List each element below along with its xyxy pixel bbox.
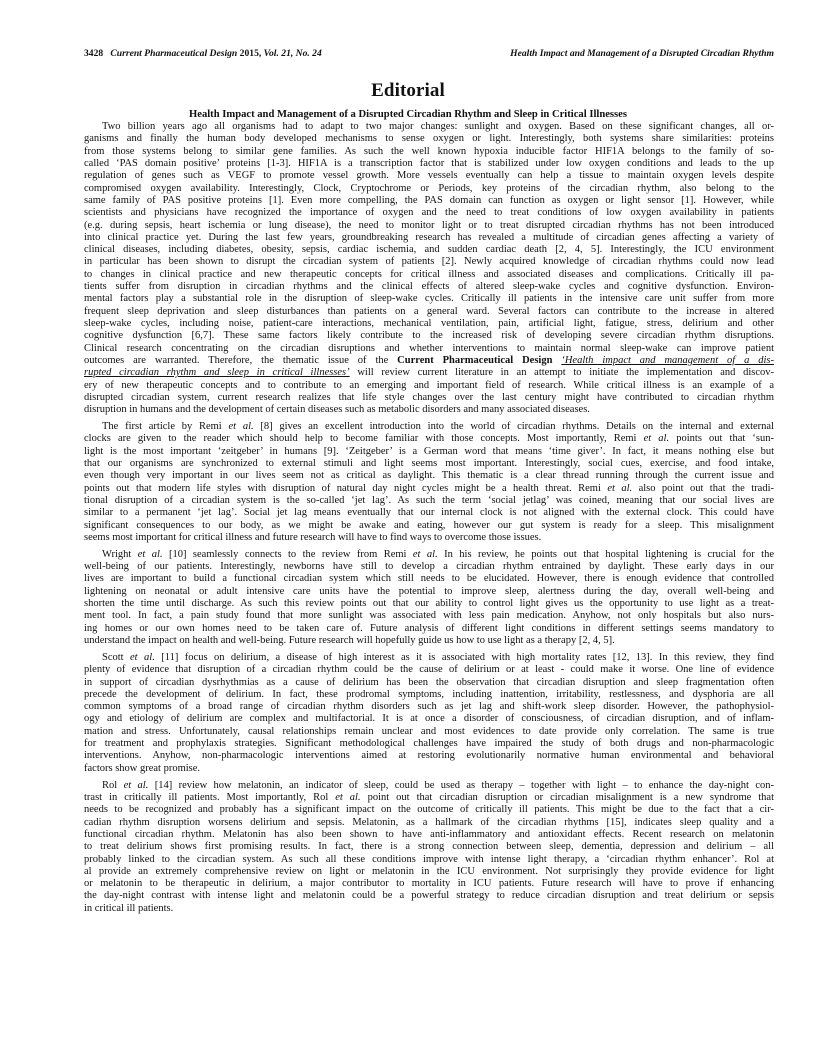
journal-year: 2015, (240, 48, 262, 59)
page-number: 3428 (84, 48, 103, 59)
text-line: Clinical research concentrating on the c… (84, 343, 774, 355)
paragraph: The first article by Remi et al. [8] giv… (84, 421, 774, 544)
running-header: 3428 Current Pharmaceutical Design 2015,… (84, 48, 774, 62)
text-line: that our organisms are synchronized to e… (84, 458, 774, 470)
text-line: in support of circadian dysrhythmias as … (84, 677, 774, 689)
text-line: sleep-wake cycles, including noise, pati… (84, 318, 774, 330)
text-line: points out that modern life styles with … (84, 483, 774, 495)
text-line: from those systems belong to similar gen… (84, 146, 774, 158)
text-line: Rol et al. [14] review how melatonin, an… (84, 780, 774, 792)
paragraph: Two billion years ago all organisms had … (84, 121, 774, 417)
text-line: mation and stress. Unfortunately, causal… (84, 726, 774, 738)
text-line: Wright et al. [10] seamlessly connects t… (84, 549, 774, 561)
et-al-italic: et al. (138, 549, 163, 560)
text-line: clocks are given to the reader which sho… (84, 433, 774, 445)
text-line: even though very important in our lives … (84, 470, 774, 482)
text-line: Two billion years ago all organisms had … (84, 121, 774, 133)
text-line: al provide an extremely comprehensive re… (84, 866, 774, 878)
et-al-italic: et al. (644, 433, 670, 444)
text-line: precede the development of delirium. In … (84, 689, 774, 701)
text-line: needs to be recognized and probably has … (84, 804, 774, 816)
text-line: The first article by Remi et al. [8] giv… (84, 421, 774, 433)
text-line: to treat delirium shows first promising … (84, 841, 774, 853)
running-title: Health Impact and Management of a Disrup… (510, 48, 774, 59)
text-line: similar to a permanent ‘jet lag’. Social… (84, 507, 774, 519)
text-line: outcomes are warranted. Therefore, the t… (84, 355, 774, 367)
et-al-italic: et al. (413, 549, 438, 560)
et-al-italic: et al. (228, 421, 253, 432)
text-line: disruption in humans and the development… (84, 404, 774, 416)
text-line: mental factors play a substantial role i… (84, 293, 774, 305)
text-line: regulation of genes such as VEGF to prom… (84, 170, 774, 182)
text-line: cadian rhythm disruption worsens deliriu… (84, 817, 774, 829)
text-line: Scott et al. [11] focus on delirium, a d… (84, 652, 774, 664)
text-line: same family of PAS positive proteins [1]… (84, 195, 774, 207)
text-line: clinical diseases, including diabetes, o… (84, 244, 774, 256)
text-line: scientists and physicians have recognize… (84, 207, 774, 219)
text-line: plenty of evidence that disruption of a … (84, 664, 774, 676)
thematic-issue-link[interactable]: rupted circadian rhythm and sleep in cri… (84, 367, 350, 378)
text-line: common symptoms of a broad range of circ… (84, 701, 774, 713)
journal-name: Current Pharmaceutical Design (110, 48, 237, 59)
text-line: ment tool. In fact, a pain study found t… (84, 610, 774, 622)
et-al-italic: et al. (130, 652, 155, 663)
header-citation: 3428 Current Pharmaceutical Design 2015,… (84, 48, 322, 59)
text-line: (e.g. during sepsis, heart ischemia or l… (84, 220, 774, 232)
text-line: lives are important to build a functiona… (84, 573, 774, 585)
text-line: to changes in clinical practice and new … (84, 269, 774, 281)
text-line: ing homes or our own homes need to be ta… (84, 623, 774, 635)
paragraph: Rol et al. [14] review how melatonin, an… (84, 780, 774, 915)
text-line: probably linked to the circadian system.… (84, 854, 774, 866)
section-title: Editorial (0, 80, 816, 102)
text-line: in critical ill patients. (84, 903, 774, 915)
text-line: the day-night contrast with intense ligh… (84, 890, 774, 902)
text-line: rupted circadian rhythm and sleep in cri… (84, 367, 774, 379)
paragraph: Scott et al. [11] focus on delirium, a d… (84, 652, 774, 775)
journal-volume: Vol. 21, No. 24 (264, 48, 322, 59)
journal-name-bold: Current Pharmaceutical Design (397, 355, 552, 366)
text-line: disrupted circadian system, current rese… (84, 392, 774, 404)
text-line: lightening on neonatal or adult intensiv… (84, 586, 774, 598)
et-al-italic: et al. (335, 792, 360, 803)
text-line: in particular has been shown to disrupt … (84, 256, 774, 268)
et-al-italic: et al. (124, 780, 149, 791)
text-line: tients suffer from disruption in circadi… (84, 281, 774, 293)
text-line: called ‘PAS domain positive’ proteins [1… (84, 158, 774, 170)
text-line: into clinical practice yet. During the l… (84, 232, 774, 244)
text-line: or melatonin to be therapeutic in deliri… (84, 878, 774, 890)
thematic-issue-link[interactable]: ‘Health impact and management of a dis- (561, 355, 774, 366)
text-line: interventions. Anyhow, non-pharmacologic… (84, 750, 774, 762)
paragraph: Wright et al. [10] seamlessly connects t… (84, 549, 774, 648)
text-line: ogy and etiology of delirium are complex… (84, 713, 774, 725)
text-line: seems most important for critical illnes… (84, 532, 774, 544)
text-line: factors show great promise. (84, 763, 774, 775)
text-line: compromised oxygen availability. Interes… (84, 183, 774, 195)
text-line: ery of new therapeutic concepts and to c… (84, 380, 774, 392)
text-line: ganisms and finally the human body devel… (84, 133, 774, 145)
article-body: Two billion years ago all organisms had … (84, 121, 774, 920)
text-line: shorten the time until discharge. As suc… (84, 598, 774, 610)
text-line: trast in critically ill patients. Most i… (84, 792, 774, 804)
text-line: functional circadian rhythm. Melatonin h… (84, 829, 774, 841)
et-al-italic: et al. (607, 483, 632, 494)
text-line: well-being of our patients. Interestingl… (84, 561, 774, 573)
text-line: cognitive dysfunction [6,7]. These same … (84, 330, 774, 342)
text-line: light is the most important ‘zeitgeber’ … (84, 446, 774, 458)
text-line: tional disruption of a circadian system … (84, 495, 774, 507)
article-title: Health Impact and Management of a Disrup… (0, 109, 816, 120)
text-line: for treatment and prophylaxis strategies… (84, 738, 774, 750)
text-line: understand the impact on health and well… (84, 635, 774, 647)
text-line: frequent sleep deprivation and sleep dis… (84, 306, 774, 318)
text-line: significant consequences to our body, as… (84, 520, 774, 532)
